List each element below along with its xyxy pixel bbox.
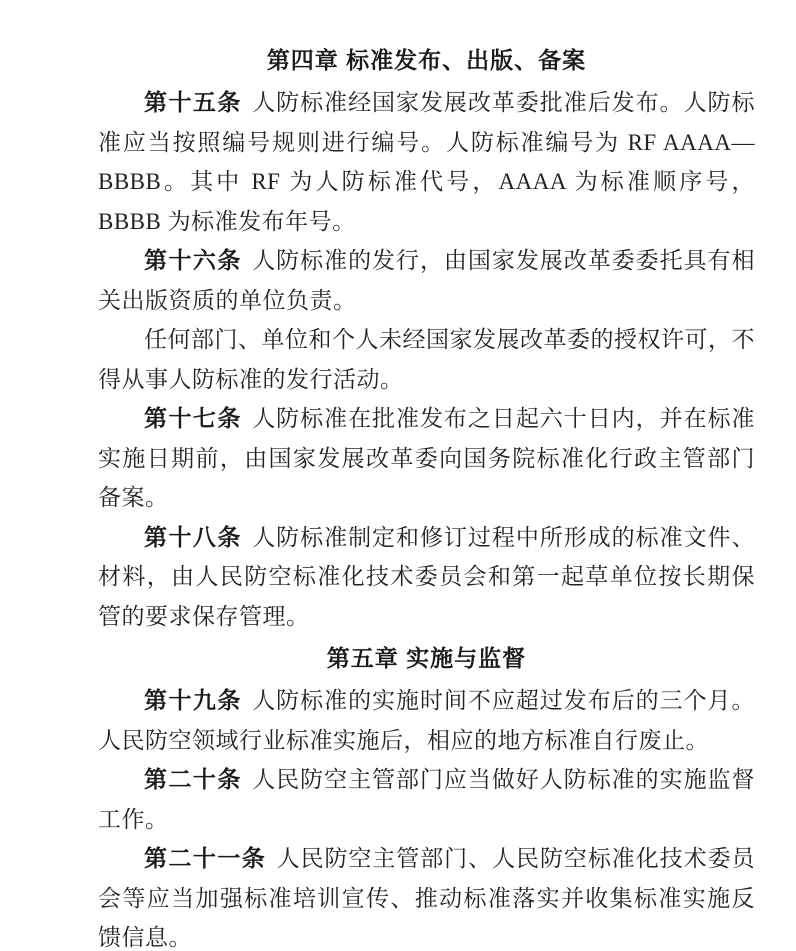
article-number: 第十五条 xyxy=(144,89,242,115)
article-number: 第十九条 xyxy=(144,687,242,713)
article-paragraph: 第二十一条人民防空主管部门、人民防空标准化技术委员会等应当加强标准培训宣传、推动… xyxy=(98,839,755,951)
article-paragraph: 第十七条人防标准在批准发布之日起六十日内，并在标准实施日期前，由国家发展改革委向… xyxy=(98,399,755,518)
article-number: 第二十一条 xyxy=(144,845,266,871)
article-paragraph: 第二十条人民防空主管部门应当做好人防标准的实施监督工作。 xyxy=(98,760,755,839)
article-paragraph: 第十五条人防标准经国家发展改革委批准后发布。人防标准应当按照编号规则进行编号。人… xyxy=(98,83,755,241)
document-page: 第四章 标准发布、出版、备案第十五条人防标准经国家发展改革委批准后发布。人防标准… xyxy=(0,0,796,951)
body-paragraph: 任何部门、单位和个人未经国家发展改革委的授权许可，不得从事人防标准的发行活动。 xyxy=(98,320,755,399)
chapter-heading: 第四章 标准发布、出版、备案 xyxy=(98,40,755,80)
article-number: 第十七条 xyxy=(144,405,242,431)
chapter-heading: 第五章 实施与监督 xyxy=(98,638,755,678)
article-paragraph: 第十六条人防标准的发行，由国家发展改革委委托具有相关出版资质的单位负责。 xyxy=(98,241,755,320)
article-paragraph: 第十八条人防标准制定和修订过程中所形成的标准文件、材料，由人民防空标准化技术委员… xyxy=(98,518,755,637)
article-paragraph: 第十九条人防标准的实施时间不应超过发布后的三个月。人民防空领域行业标准实施后，相… xyxy=(98,681,755,760)
article-number: 第十六条 xyxy=(144,247,242,273)
article-number: 第二十条 xyxy=(144,766,242,792)
document-body: 第四章 标准发布、出版、备案第十五条人防标准经国家发展改革委批准后发布。人防标准… xyxy=(98,40,755,951)
article-number: 第十八条 xyxy=(144,524,242,550)
